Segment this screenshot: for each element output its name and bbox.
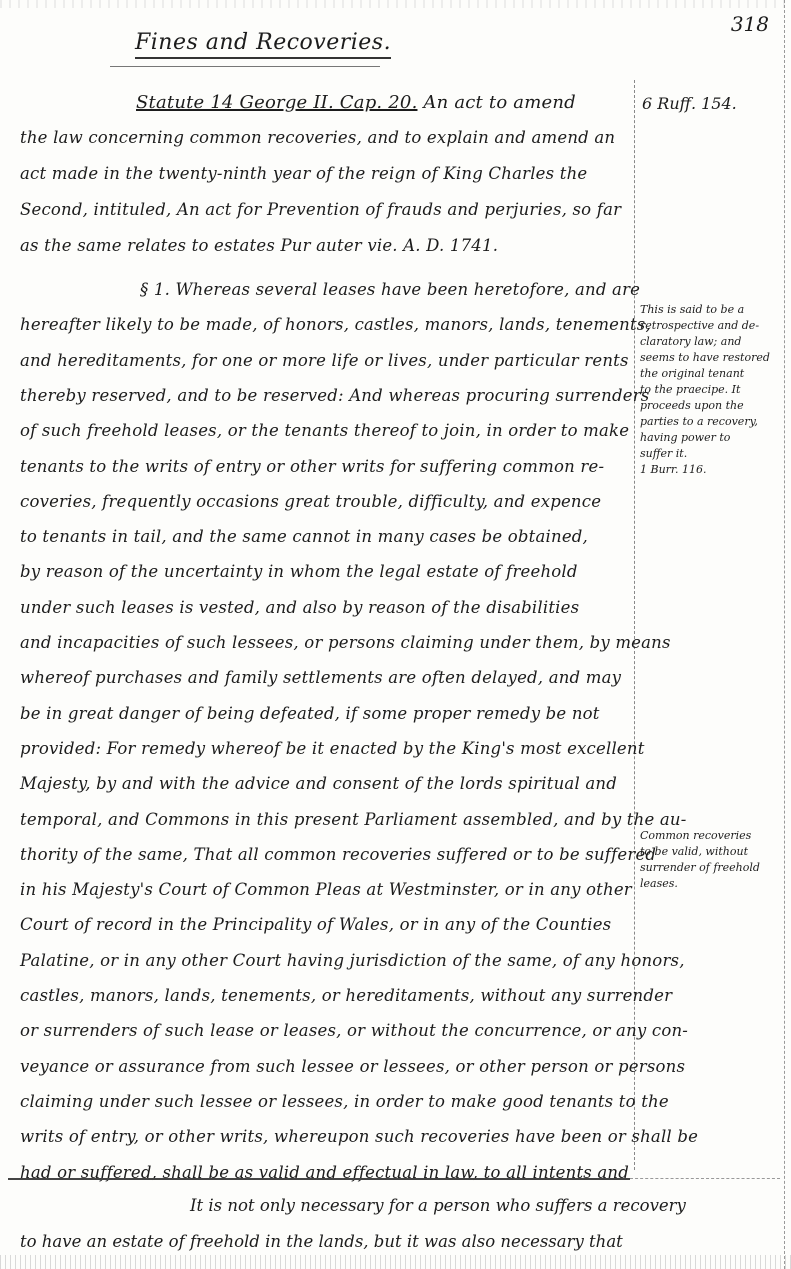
- section-line: veyance or assurance from such lessee or…: [20, 1057, 632, 1076]
- section-line: and hereditaments, for one or more life …: [20, 351, 632, 370]
- section-line: thority of the same, That all common rec…: [20, 845, 632, 864]
- preamble-line: as the same relates to estates Pur auter…: [20, 236, 632, 255]
- section-line: to tenants in tail, and the same cannot …: [20, 527, 632, 546]
- section-line: provided: For remedy whereof be it enact…: [20, 739, 632, 758]
- mnote1-line: parties to a recovery,: [640, 414, 780, 429]
- scan-noise-bottom: [0, 1255, 791, 1269]
- section-line: tenants to the writs of entry or other w…: [20, 457, 632, 476]
- page-number: 318: [731, 12, 769, 36]
- section-line: Majesty, by and with the advice and cons…: [20, 774, 632, 793]
- statute-heading: Statute 14 George II. Cap. 20.: [136, 92, 417, 113]
- section-line: or surrenders of such lease or leases, o…: [20, 1021, 632, 1040]
- foot-line: to have an estate of freehold in the lan…: [20, 1232, 623, 1251]
- section-line: Palatine, or in any other Court having j…: [20, 951, 632, 970]
- statute-intro: An act to amend: [423, 92, 575, 113]
- mnote1-line: This is said to be a: [640, 302, 780, 317]
- mnote1-line: 1 Burr. 116.: [640, 462, 780, 477]
- mnote2-line: Common recoveries: [640, 828, 780, 843]
- section-line: be in great danger of being defeated, if…: [20, 704, 632, 723]
- section-line: under such leases is vested, and also by…: [20, 598, 632, 617]
- page-title: Fines and Recoveries.: [135, 30, 391, 59]
- mnote1-line: seems to have restored: [640, 350, 780, 365]
- mnote1-line: to the praecipe. It: [640, 382, 780, 397]
- section-line: § 1. Whereas several leases have been he…: [140, 280, 752, 299]
- preamble-line: the law concerning common recoveries, an…: [20, 128, 632, 147]
- section-line: hereafter likely to be made, of honors, …: [20, 315, 632, 334]
- preamble-line: act made in the twenty-ninth year of the…: [20, 164, 632, 183]
- mnote2-line: surrender of freehold: [640, 860, 780, 875]
- section-line: in his Majesty's Court of Common Pleas a…: [20, 880, 632, 899]
- page-edge-rule: [783, 0, 785, 1269]
- section-line: castles, manors, lands, tenements, or he…: [20, 986, 632, 1005]
- title-underline: [110, 66, 380, 67]
- mnote1-line: having power to: [640, 430, 780, 445]
- separator-tail: [630, 1178, 780, 1179]
- margin-column-rule: [634, 80, 635, 1170]
- margin-reference: 6 Ruff. 154.: [642, 94, 737, 113]
- section-line: of such freehold leases, or the tenants …: [20, 421, 632, 440]
- section-line: claiming under such lessee or lessees, i…: [20, 1092, 632, 1111]
- section-line: Court of record in the Principality of W…: [20, 915, 632, 934]
- mnote2-line: leases.: [640, 876, 780, 891]
- mnote1-line: suffer it.: [640, 446, 780, 461]
- section-line: writs of entry, or other writs, whereupo…: [20, 1127, 632, 1146]
- mnote1-line: retrospective and de-: [640, 318, 780, 333]
- section-line: whereof purchases and family settlements…: [20, 668, 632, 687]
- scan-noise-top: [0, 0, 791, 8]
- preamble-line: Second, intituled, An act for Prevention…: [20, 200, 632, 219]
- mnote2-line: to be valid, without: [640, 844, 780, 859]
- section-line: by reason of the uncertainty in whom the…: [20, 562, 632, 581]
- section-line: temporal, and Commons in this present Pa…: [20, 810, 632, 829]
- section-separator: [8, 1178, 630, 1180]
- mnote1-line: proceeds upon the: [640, 398, 780, 413]
- foot-line: It is not only necessary for a person wh…: [190, 1196, 686, 1215]
- section-line: coveries, frequently occasions great tro…: [20, 492, 632, 511]
- mnote1-line: the original tenant: [640, 366, 780, 381]
- manuscript-page: 318 Fines and Recoveries. Statute 14 Geo…: [0, 0, 791, 1269]
- section-line: and incapacities of such lessees, or per…: [20, 633, 632, 652]
- mnote1-line: claratory law; and: [640, 334, 780, 349]
- section-line: thereby reserved, and to be reserved: An…: [20, 386, 632, 405]
